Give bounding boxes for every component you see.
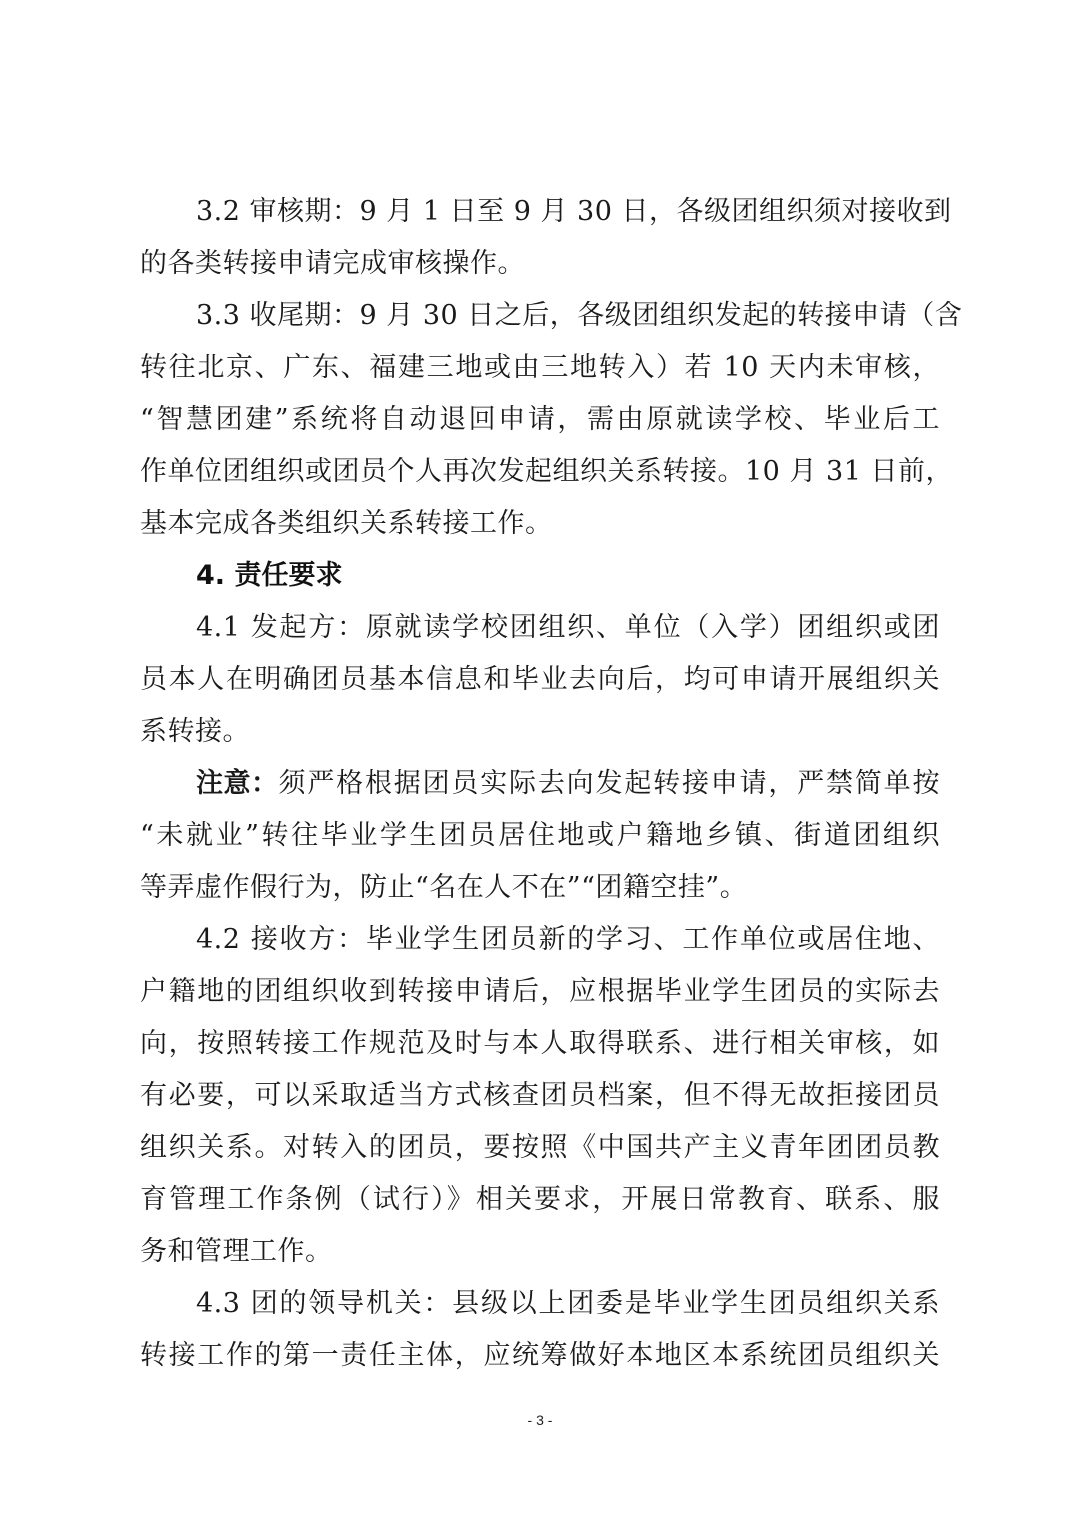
note-line-2: “未就业”转往毕业学生团员居住地或户籍地乡镇、街道团组织 <box>140 816 940 856</box>
section-3-2-line-2: 的各类转接申请完成审核操作。 <box>140 244 940 284</box>
section-4-2-line-2: 户籍地的团组织收到转接申请后，应根据毕业学生团员的实际去 <box>140 972 940 1012</box>
section-4-2-line-7: 务和管理工作。 <box>140 1232 940 1272</box>
section-4-2-line-6: 育管理工作条例（试行）》相关要求，开展日常教育、联系、服 <box>140 1180 940 1220</box>
section-4-1-line-1: 4.1 发起方：原就读学校团组织、单位（入学）团组织或团 <box>196 608 940 648</box>
section-4-3-line-2: 转接工作的第一责任主体，应统筹做好本地区本系统团员组织关 <box>140 1336 940 1376</box>
section-3-3-line-3: “智慧团建”系统将自动退回申请，需由原就读学校、毕业后工 <box>140 400 940 440</box>
note-line-3: 等弄虚作假行为，防止“名在人不在”“团籍空挂”。 <box>140 868 940 908</box>
section-3-3-line-1: 3.3 收尾期：9 月 30 日之后，各级团组织发起的转接申请（含 <box>196 296 940 336</box>
section-3-3-line-2: 转往北京、广东、福建三地或由三地转入）若 10 天内未审核， <box>140 348 940 388</box>
section-4-2-line-5: 组织关系。对转入的团员，要按照《中国共产主义青年团团员教 <box>140 1128 940 1168</box>
note-text: 须严格根据团员实际去向发起转接申请，严禁简单按 <box>279 764 941 804</box>
section-4-1-line-2: 员本人在明确团员基本信息和毕业去向后，均可申请开展组织关 <box>140 660 940 700</box>
page-number: - 3 - <box>0 1412 1080 1428</box>
note-line-1: 注意： 须严格根据团员实际去向发起转接申请，严禁简单按 <box>196 764 940 804</box>
section-4-heading: 4. 责任要求 <box>196 556 342 596</box>
section-4-2-line-3: 向，按照转接工作规范及时与本人取得联系、进行相关审核，如 <box>140 1024 940 1064</box>
note-label: 注意： <box>196 764 279 804</box>
document-page: 3.2 审核期：9 月 1 日至 9 月 30 日，各级团组织须对接收到 的各类… <box>0 0 1080 1527</box>
section-3-3-line-4: 作单位团组织或团员个人再次发起组织关系转接。10 月 31 日前， <box>140 452 940 492</box>
section-3-3-line-5: 基本完成各类组织关系转接工作。 <box>140 504 940 544</box>
section-4-3-line-1: 4.3 团的领导机关：县级以上团委是毕业学生团员组织关系 <box>196 1284 940 1324</box>
section-4-2-line-1: 4.2 接收方：毕业学生团员新的学习、工作单位或居住地、 <box>196 920 940 960</box>
section-4-2-line-4: 有必要，可以采取适当方式核查团员档案，但不得无故拒接团员 <box>140 1076 940 1116</box>
section-3-2-line-1: 3.2 审核期：9 月 1 日至 9 月 30 日，各级团组织须对接收到 <box>196 192 940 232</box>
section-4-1-line-3: 系转接。 <box>140 712 940 752</box>
